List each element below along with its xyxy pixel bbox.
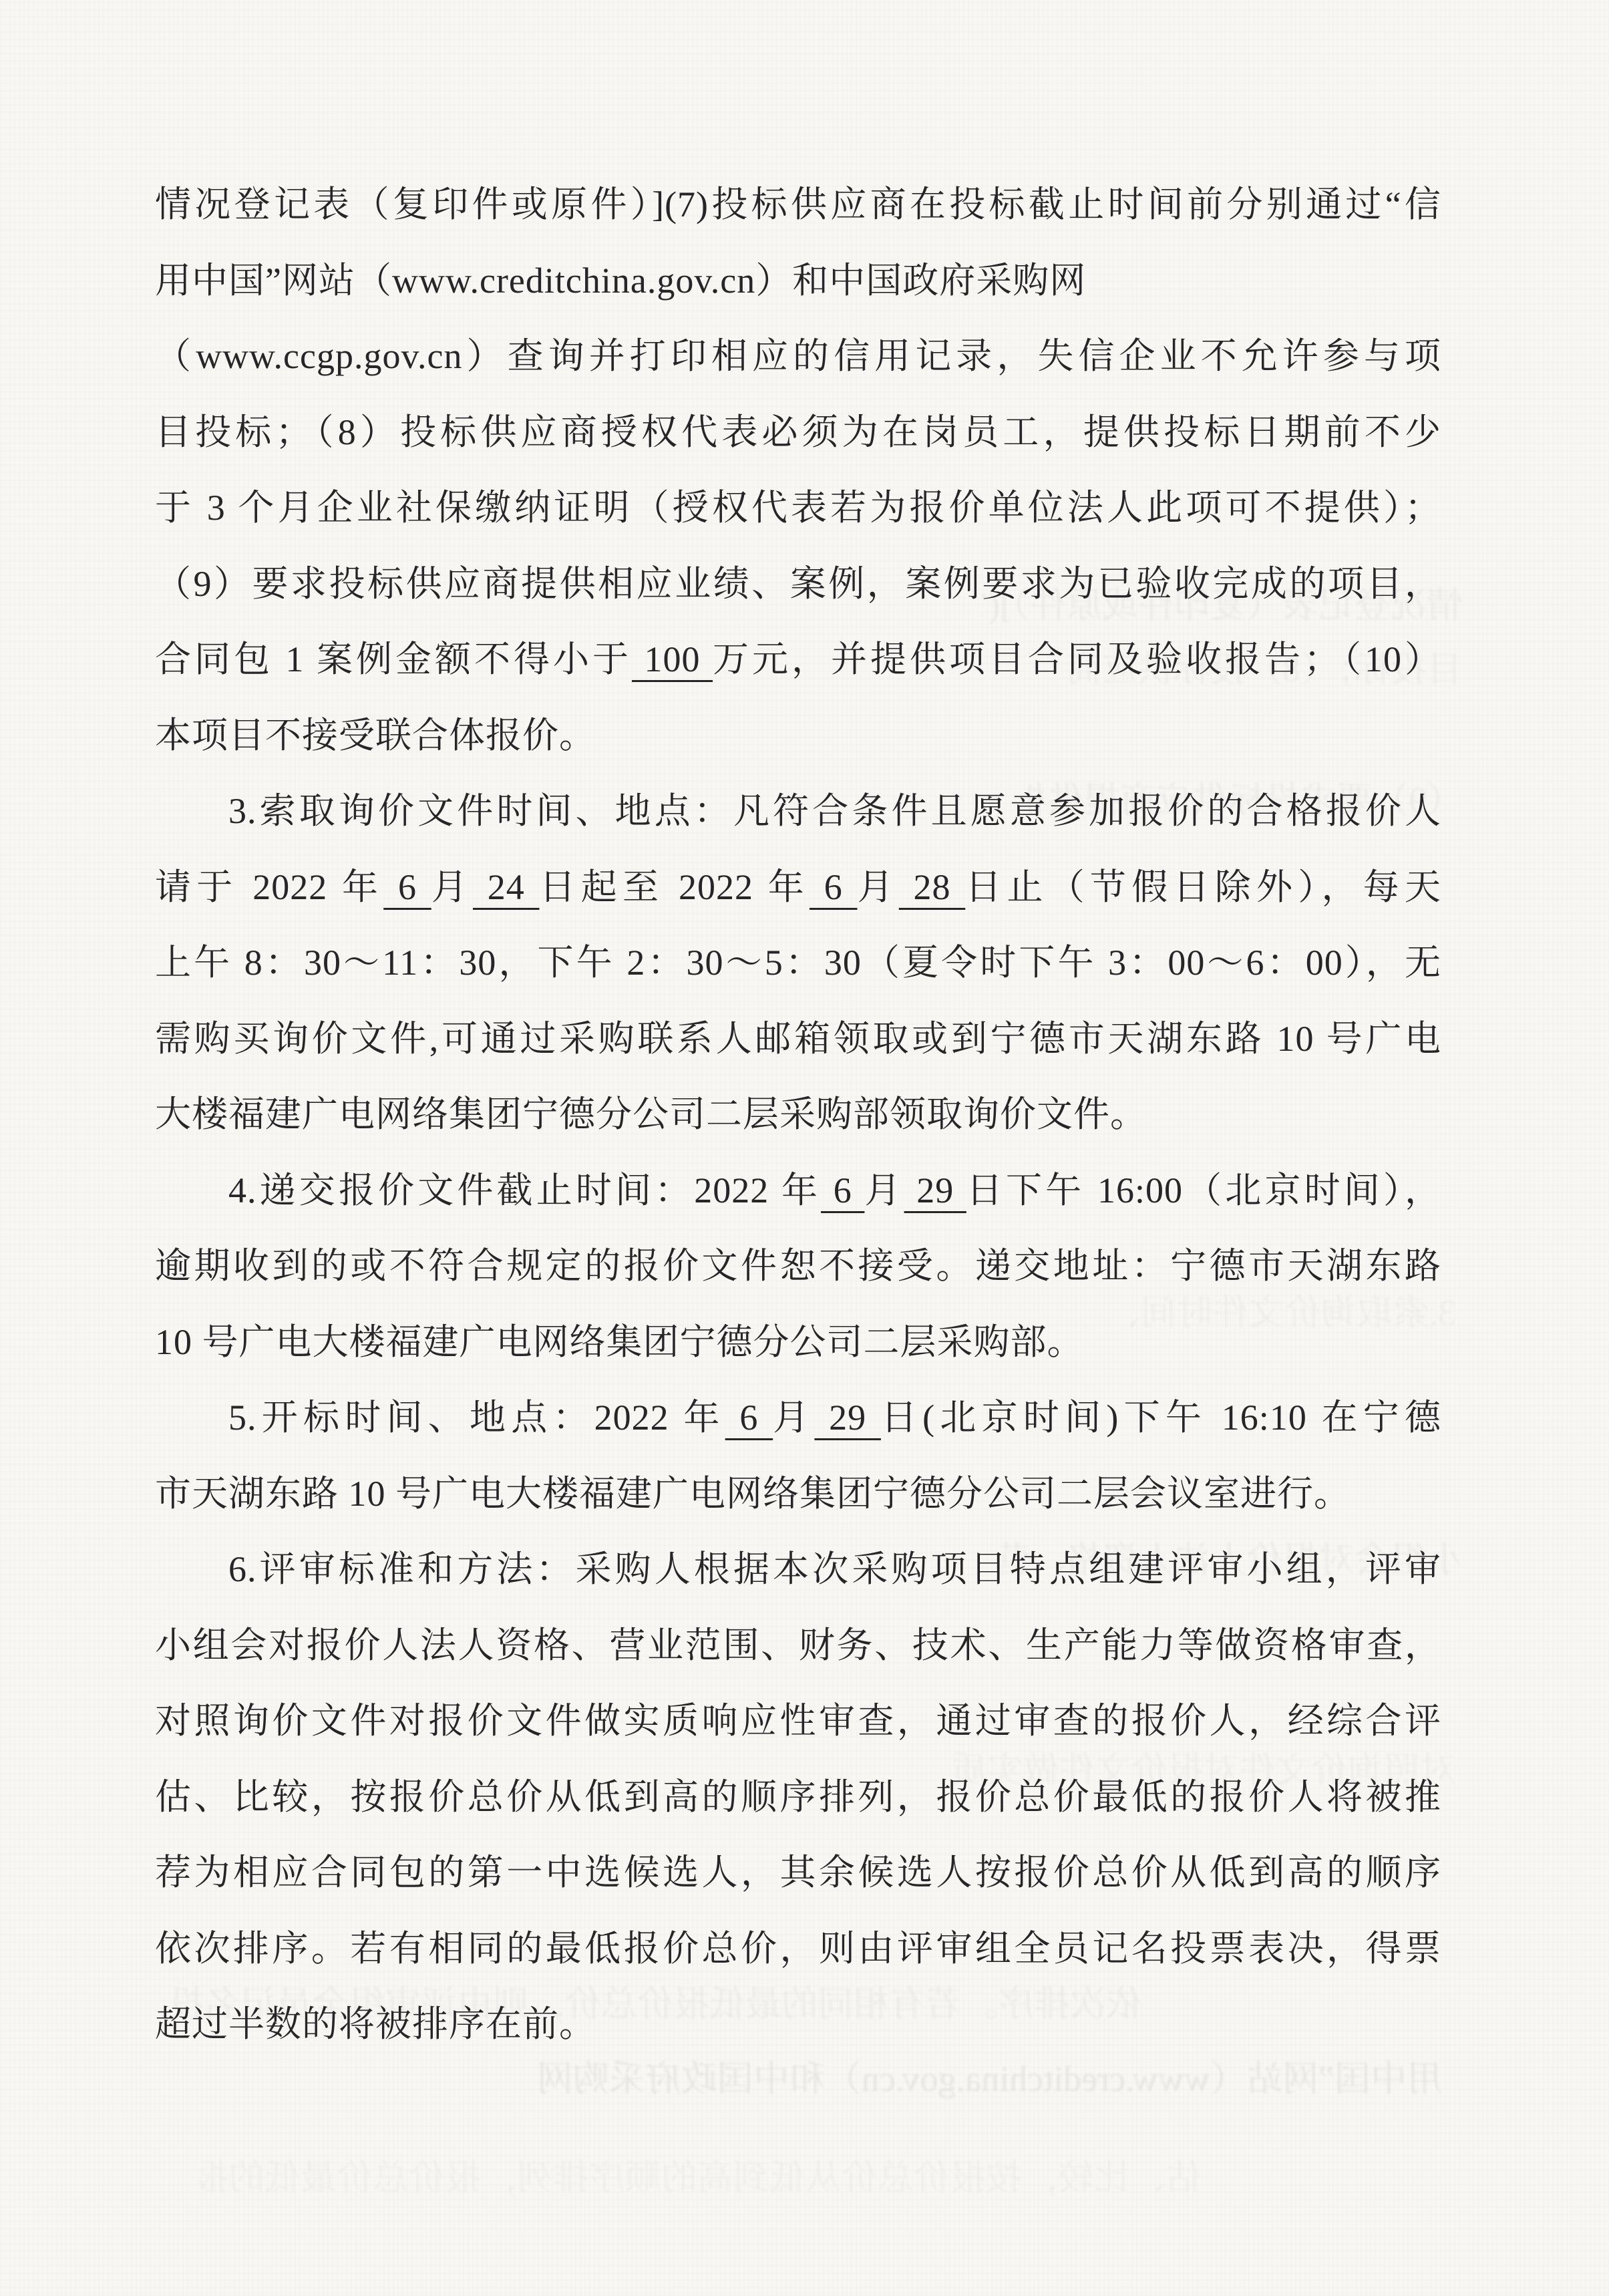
- text-line: 5.开标时间、地点：2022 年 6 月 29 日(北京时间)下午 16:10 …: [155, 1380, 1441, 1456]
- underlined-value: 29: [904, 1170, 966, 1210]
- text-line: 小组会对报价人法人资格、营业范围、财务、技术、生产能力等做资格审查，: [155, 1608, 1441, 1684]
- underlined-value: 29: [814, 1398, 881, 1438]
- text-segment: 估、比较，按报价总价从低到高的顺序排列，报价总价最低的报价人将被推: [155, 1777, 1441, 1817]
- text-segment: 依次排序。若有相同的最低报价总价，则由评审组全员记名投票表决，得票: [155, 1929, 1441, 1969]
- text-segment: 10 号广电大楼福建广电网络集团宁德分公司二层采购部。: [155, 1322, 1084, 1362]
- text-line: 10 号广电大楼福建广电网络集团宁德分公司二层采购部。: [155, 1305, 1441, 1381]
- text-line: 于 3 个月企业社保缴纳证明（授权代表若为报价单位法人此项可不提供）；: [155, 470, 1441, 546]
- document-text-block: 情况登记表（复印件或原件）](7)投标供应商在投标截止时间前分别通过“信用中国”…: [155, 167, 1441, 2063]
- text-line: 目投标；（8）投标供应商授权代表必须为在岗员工，提供投标日期前不少: [155, 395, 1441, 471]
- text-segment: 月: [864, 1170, 904, 1210]
- underlined-value: 6: [810, 867, 858, 907]
- text-segment: 月: [773, 1398, 814, 1438]
- text-line: 对照询价文件对报价文件做实质响应性审查，通过审查的报价人，经综合评: [155, 1683, 1441, 1760]
- text-line: 估、比较，按报价总价从低到高的顺序排列，报价总价最低的报价人将被推: [155, 1760, 1441, 1836]
- text-segment: 合同包 1 案例金额不得小于: [155, 639, 632, 679]
- text-segment: 小组会对报价人法人资格、营业范围、财务、技术、生产能力等做资格审查，: [155, 1625, 1441, 1665]
- underlined-value: 6: [725, 1398, 773, 1438]
- text-segment: 逾期收到的或不符合规定的报价文件恕不接受。递交地址：宁德市天湖东路: [155, 1246, 1441, 1286]
- text-line: 4.递交报价文件截止时间：2022 年 6 月 29 日下午 16:00（北京时…: [155, 1153, 1441, 1229]
- text-line: （9）要求投标供应商提供相应业绩、案例，案例要求为已验收完成的项目，: [155, 546, 1441, 623]
- text-line: 请于 2022 年 6 月 24 日起至 2022 年 6 月 28 日止（节假…: [155, 850, 1441, 926]
- text-line: 用中国”网站（www.creditchina.gov.cn）和中国政府采购网: [155, 243, 1441, 319]
- text-segment: 本项目不接受联合体报价。: [155, 715, 596, 756]
- underlined-value: 6: [821, 1170, 864, 1210]
- text-segment: 月: [431, 867, 473, 907]
- bleed-through-text: 估、比较，按报价总价从低到高的顺序排列，报价总价最低的报价人将被推: [200, 2144, 1202, 2211]
- text-segment: 月: [858, 867, 899, 907]
- text-segment: 4.递交报价文件截止时间：2022 年: [228, 1170, 821, 1210]
- text-line: 合同包 1 案例金额不得小于 100 万元，并提供项目合同及验收报告；（10）: [155, 622, 1441, 698]
- text-segment: 对照询价文件对报价文件做实质响应性审查，通过审查的报价人，经综合评: [155, 1701, 1441, 1741]
- text-line: 本项目不接受联合体报价。: [155, 698, 1441, 774]
- text-segment: 目投标；（8）投标供应商授权代表必须为在岗员工，提供投标日期前不少: [155, 412, 1441, 452]
- underlined-value: 6: [383, 867, 431, 907]
- text-segment: 超过半数的将被排序在前。: [155, 2004, 596, 2044]
- text-line: 依次排序。若有相同的最低报价总价，则由评审组全员记名投票表决，得票: [155, 1911, 1441, 1987]
- text-segment: 荐为相应合同包的第一中选候选人，其余候选人按报价总价从低到高的顺序: [155, 1852, 1441, 1893]
- text-segment: 上午 8：30～11：30，下午 2：30～5：30（夏令时下午 3：00～6：…: [155, 943, 1441, 983]
- text-line: 3.索取询价文件时间、地点：凡符合条件且愿意参加报价的合格报价人: [155, 774, 1441, 850]
- text-line: 上午 8：30～11：30，下午 2：30～5：30（夏令时下午 3：00～6：…: [155, 925, 1441, 1001]
- text-line: 市天湖东路 10 号广电大楼福建广电网络集团宁德分公司二层会议室进行。: [155, 1456, 1441, 1532]
- text-line: 荐为相应合同包的第一中选候选人，其余候选人按报价总价从低到高的顺序: [155, 1835, 1441, 1911]
- text-segment: 5.开标时间、地点：2022 年: [228, 1398, 725, 1438]
- text-segment: 日止（节假日除外），每天: [965, 867, 1441, 907]
- text-segment: 日起至 2022 年: [540, 867, 810, 907]
- text-line: 大楼福建广电网络集团宁德分公司二层采购部领取询价文件。: [155, 1077, 1441, 1153]
- text-segment: 大楼福建广电网络集团宁德分公司二层采购部领取询价文件。: [155, 1094, 1147, 1134]
- text-segment: 6.评审标准和方法：采购人根据本次采购项目特点组建评审小组，评审: [228, 1549, 1441, 1589]
- text-segment: 于 3 个月企业社保缴纳证明（授权代表若为报价单位法人此项可不提供）；: [155, 488, 1441, 528]
- text-segment: 情况登记表（复印件或原件）](7)投标供应商在投标截止时间前分别通过“信: [155, 184, 1441, 224]
- text-segment: 日下午 16:00（北京时间），: [966, 1170, 1441, 1210]
- text-segment: 需购买询价文件,可通过采购联系人邮箱领取或到宁德市天湖东路 10 号广电: [155, 1019, 1441, 1059]
- text-line: 逾期收到的或不符合规定的报价文件恕不接受。递交地址：宁德市天湖东路: [155, 1228, 1441, 1305]
- text-segment: 请于 2022 年: [155, 867, 383, 907]
- text-segment: （9）要求投标供应商提供相应业绩、案例，案例要求为已验收完成的项目，: [155, 564, 1441, 604]
- text-line: 6.评审标准和方法：采购人根据本次采购项目特点组建评审小组，评审: [155, 1532, 1441, 1608]
- text-segment: 日(北京时间)下午 16:10 在宁德: [881, 1398, 1441, 1438]
- underlined-value: 100: [632, 639, 713, 679]
- text-line: （www.ccgp.gov.cn）查询并打印相应的信用记录，失信企业不允许参与项: [155, 319, 1441, 395]
- text-line: 需购买询价文件,可通过采购联系人邮箱领取或到宁德市天湖东路 10 号广电: [155, 1001, 1441, 1078]
- text-line: 超过半数的将被排序在前。: [155, 1987, 1441, 2063]
- text-segment: （www.ccgp.gov.cn）查询并打印相应的信用记录，失信企业不允许参与项: [155, 336, 1441, 376]
- text-segment: 市天湖东路 10 号广电大楼福建广电网络集团宁德分公司二层会议室进行。: [155, 1474, 1351, 1514]
- text-segment: 用中国”网站（www.creditchina.gov.cn）和中国政府采购网: [155, 261, 1086, 301]
- underlined-value: 28: [899, 867, 966, 907]
- underlined-value: 24: [473, 867, 540, 907]
- text-segment: 万元，并提供项目合同及验收报告；（10）: [713, 639, 1441, 679]
- text-segment: 3.索取询价文件时间、地点：凡符合条件且愿意参加报价的合格报价人: [228, 791, 1441, 831]
- text-line: 情况登记表（复印件或原件）](7)投标供应商在投标截止时间前分别通过“信: [155, 167, 1441, 243]
- document-page: 情况登记表（复印件或原件）](7)投标供应商在投标截止时间前分别通过“信目投标；…: [0, 0, 1609, 2296]
